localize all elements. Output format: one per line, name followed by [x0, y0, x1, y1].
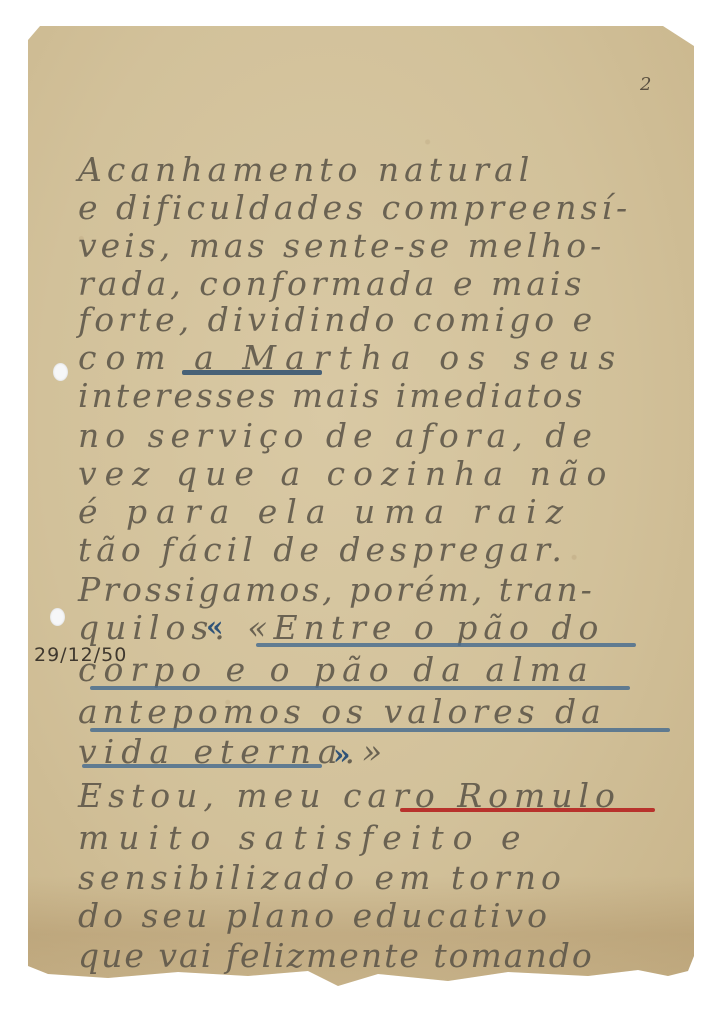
text-line-1: Acanhamento natural [78, 150, 534, 189]
text-line-20: do seu plano educativo [78, 896, 551, 935]
underline-martha [182, 370, 322, 375]
text-line-8: no serviço de afora, de [78, 416, 598, 455]
open-quote-mark: « [206, 610, 224, 643]
text-line-14: corpo e o pão da alma [78, 650, 595, 689]
margin-date: 29/12/50 [34, 644, 127, 666]
text-line-19: sensibilizado em torno [78, 858, 566, 897]
close-quote-mark: » [333, 738, 351, 771]
underline-antepomos-os-valores [90, 728, 670, 732]
page-number: 2 [640, 74, 651, 95]
text-line-15: antepomos os valores da [78, 692, 606, 731]
text-line-11: tão fácil de despregar. [78, 530, 567, 569]
text-line-12: Prossigamos, porém, tran- [78, 570, 595, 609]
underline-vida-eterna [82, 764, 322, 768]
underline-entre-o-pao-do [256, 643, 636, 647]
text-line-9: vez que a cozinha não [78, 454, 614, 493]
text-line-2: e dificuldades compreensí- [78, 188, 631, 227]
text-line-3: veis, mas sente-se melho- [78, 226, 605, 265]
underline-corpo-e-o-pao-da-alma [90, 686, 630, 690]
underline-caro-romulo [400, 808, 655, 812]
text-line-10: é para ela uma raiz [78, 492, 572, 531]
text-line-6: com a Martha os seus [78, 338, 624, 377]
text-line-13: quilos. «Entre o pão do [78, 608, 604, 647]
text-line-4: rada, conformada e mais [78, 264, 585, 303]
punch-hole-bottom [50, 608, 65, 626]
text-line-5: forte, dividindo comigo e [78, 300, 596, 339]
text-line-21: que vai felizmente tomando [78, 936, 594, 975]
text-line-18: muito satisfeito e [78, 818, 530, 857]
punch-hole-top [53, 363, 68, 381]
text-line-7: interesses mais imediatos [78, 376, 585, 415]
